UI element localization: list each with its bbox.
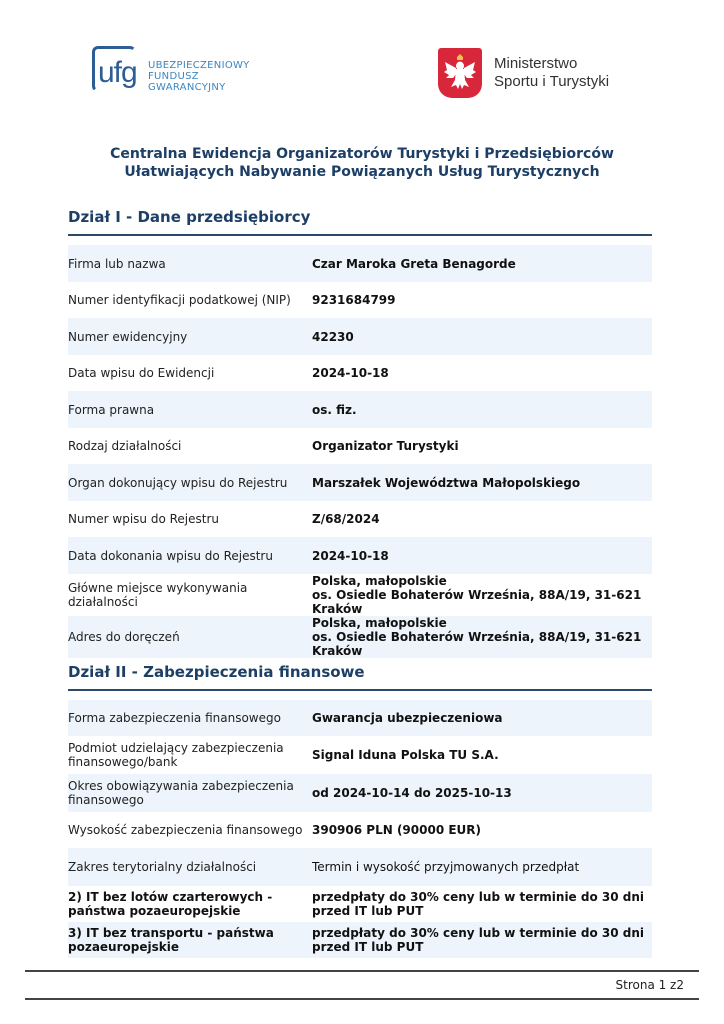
field-value: Gwarancja ubezpieczeniowa	[312, 700, 652, 736]
polish-eagle-emblem-icon	[438, 48, 482, 98]
field-label: Data wpisu do Ewidencji	[68, 355, 312, 391]
table-row: Wysokość zabezpieczenia finansowego39090…	[68, 812, 652, 848]
field-value: Czar Maroka Greta Benagorde	[312, 245, 652, 282]
field-label: Organ dokonujący wpisu do Rejestru	[68, 464, 312, 501]
table-row: Rodzaj działalnościOrganizator Turystyki	[68, 428, 652, 464]
table-row: Zakres terytorialny działalnościTermin i…	[68, 848, 652, 886]
field-label: 3) IT bez transportu - państwa pozaeurop…	[68, 922, 312, 958]
field-label: Forma zabezpieczenia finansowego	[68, 700, 312, 736]
field-label: Okres obowiązywania zabezpieczenia finan…	[68, 774, 312, 812]
field-label: Adres do doręczeń	[68, 616, 312, 658]
section-2-heading: Dział II - Zabezpieczenia finansowe	[68, 663, 652, 691]
table-row: Podmiot udzielający zabezpieczenia finan…	[68, 736, 652, 774]
field-label: Numer wpisu do Rejestru	[68, 501, 312, 537]
table-row: 3) IT bez transportu - państwa pozaeurop…	[68, 922, 652, 958]
field-label: Główne miejsce wykonywania działalności	[68, 574, 312, 616]
field-value: Termin i wysokość przyjmowanych przedpła…	[312, 848, 652, 886]
table-row: Data wpisu do Ewidencji2024-10-18	[68, 355, 652, 391]
field-value: Polska, małopolskieos. Osiedle Bohaterów…	[312, 574, 652, 616]
section-1-table: Firma lub nazwaCzar Maroka Greta Benagor…	[68, 245, 652, 658]
field-label: 2) IT bez lotów czarterowych - państwa p…	[68, 886, 312, 922]
field-value: od 2024-10-14 do 2025-10-13	[312, 774, 652, 812]
page-number: Strona 1 z2	[616, 978, 685, 992]
field-value: Z/68/2024	[312, 501, 652, 537]
field-value: 9231684799	[312, 282, 652, 318]
ufg-logo-mark: ufg	[92, 46, 142, 98]
field-label: Wysokość zabezpieczenia finansowego	[68, 812, 312, 848]
field-label: Podmiot udzielający zabezpieczenia finan…	[68, 736, 312, 774]
field-value: 2024-10-18	[312, 537, 652, 574]
footer-bottom-divider	[25, 998, 699, 1000]
field-value: 390906 PLN (90000 EUR)	[312, 812, 652, 848]
table-row: Forma zabezpieczenia finansowegoGwarancj…	[68, 700, 652, 736]
field-label: Forma prawna	[68, 391, 312, 428]
table-row: Numer ewidencyjny42230	[68, 318, 652, 355]
field-label: Rodzaj działalności	[68, 428, 312, 464]
section-1-heading: Dział I - Dane przedsiębiorcy	[68, 208, 652, 236]
field-label: Firma lub nazwa	[68, 245, 312, 282]
field-value: przedpłaty do 30% ceny lub w terminie do…	[312, 886, 652, 922]
footer-top-divider	[25, 970, 699, 972]
field-value: 2024-10-18	[312, 355, 652, 391]
field-value: Marszałek Województwa Małopolskiego	[312, 464, 652, 501]
field-value: 42230	[312, 318, 652, 355]
document-title: Centralna Ewidencja Organizatorów Turyst…	[0, 145, 724, 181]
ministry-logo: Ministerstwo Sportu i Turystyki	[438, 48, 609, 98]
table-row: Data dokonania wpisu do Rejestru2024-10-…	[68, 537, 652, 574]
table-row: Firma lub nazwaCzar Maroka Greta Benagor…	[68, 245, 652, 282]
table-row: Forma prawnaos. fiz.	[68, 391, 652, 428]
ministry-logo-text: Ministerstwo Sportu i Turystyki	[494, 55, 609, 91]
field-label: Numer identyfikacji podatkowej (NIP)	[68, 282, 312, 318]
section-2-table: Forma zabezpieczenia finansowegoGwarancj…	[68, 700, 652, 958]
field-value: os. fiz.	[312, 391, 652, 428]
table-row: Numer identyfikacji podatkowej (NIP)9231…	[68, 282, 652, 318]
field-label: Numer ewidencyjny	[68, 318, 312, 355]
field-label: Data dokonania wpisu do Rejestru	[68, 537, 312, 574]
table-row: Adres do doręczeńPolska, małopolskieos. …	[68, 616, 652, 658]
table-row: Organ dokonujący wpisu do RejestruMarsza…	[68, 464, 652, 501]
table-row: Numer wpisu do RejestruZ/68/2024	[68, 501, 652, 537]
table-row: Okres obowiązywania zabezpieczenia finan…	[68, 774, 652, 812]
ufg-logo: ufg UBEZPIECZENIOWY FUNDUSZ GWARANCYJNY	[92, 46, 250, 98]
field-label: Zakres terytorialny działalności	[68, 848, 312, 886]
field-value: Organizator Turystyki	[312, 428, 652, 464]
table-row: 2) IT bez lotów czarterowych - państwa p…	[68, 886, 652, 922]
field-value: przedpłaty do 30% ceny lub w terminie do…	[312, 922, 652, 958]
ufg-logo-text: UBEZPIECZENIOWY FUNDUSZ GWARANCYJNY	[148, 60, 250, 93]
field-value: Signal Iduna Polska TU S.A.	[312, 736, 652, 774]
table-row: Główne miejsce wykonywania działalnościP…	[68, 574, 652, 616]
field-value: Polska, małopolskieos. Osiedle Bohaterów…	[312, 616, 652, 658]
